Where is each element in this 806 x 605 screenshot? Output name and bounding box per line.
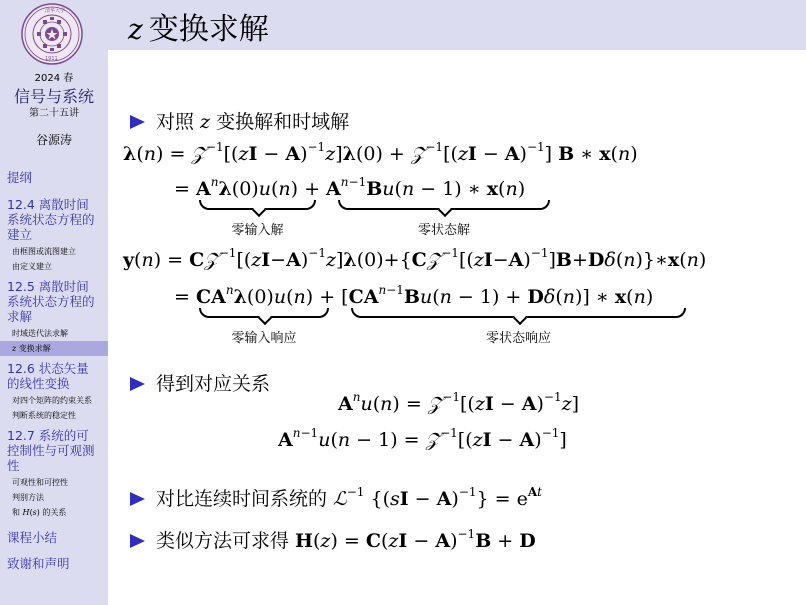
nav-section-12-5[interactable]: 12.5 离散时间系统状态方程的求解 — [0, 279, 104, 324]
bullet-triangle-icon — [130, 115, 145, 129]
slide-header: z变换求解 — [108, 0, 806, 50]
bullet-relation: 得到对应关系 — [130, 369, 270, 396]
slide-content: 对照 z 变换解和时域解 λ(n) = 𝒵−1[(zI − A)−1z]λ(0)… — [108, 50, 806, 605]
equation-lambda-line1: λ(n) = 𝒵−1[(zI − A)−1z]λ(0) + 𝒵−1[(zI − … — [123, 143, 638, 165]
sidebar-nav: 提纲 12.4 离散时间系统状态方程的建立 由框图或流图建立 由定义建立 12.… — [0, 170, 108, 571]
course-year: 2024 春 — [0, 69, 108, 84]
equation-relation-1: Anu(n) = 𝒵−1[(zI − A)−1z] — [338, 393, 579, 415]
nav-section-12-7[interactable]: 12.7 系统的可控制性与可观测性 — [0, 428, 104, 473]
label-zero-state-solution: 零状态解 — [338, 219, 550, 238]
underbrace-zero-state-response — [351, 308, 686, 318]
underbrace-zero-input-solution — [199, 200, 316, 210]
sidebar: 清华大学 1911 2024 春 信号与系统 第二十五讲 谷源涛 提纲 12.4… — [0, 0, 108, 605]
nav-sub-z-var: z — [12, 344, 16, 353]
nav-section-12-4[interactable]: 12.4 离散时间系统状态方程的建立 — [0, 197, 104, 242]
nav-sub-hs-relation[interactable]: 和 H(s) 的关系 — [0, 505, 108, 520]
bullet-transfer-function: 类似方法可求得 H(z) = C(zI − A)−1B + D — [130, 526, 536, 553]
nav-sub-z-transform[interactable]: z 变换求解 — [0, 341, 108, 356]
underbrace-zero-input-response — [199, 308, 329, 318]
bullet-compare: 对照 z 变换解和时域解 — [130, 107, 349, 134]
bullet-relation-text: 得到对应关系 — [156, 373, 270, 395]
nav-sub-time-iteration[interactable]: 时域迭代法求解 — [0, 326, 108, 341]
svg-text:1911: 1911 — [45, 56, 58, 62]
equation-y-line1: y(n) = C𝒵−1[(zI−A)−1z]λ(0)+{C𝒵−1[(zI−A)−… — [123, 249, 706, 271]
author-name: 谷源涛 — [0, 131, 108, 148]
label-zero-input-solution: 零输入解 — [199, 219, 316, 238]
equation-y-line2: = CAnλ(0)u(n) + [CAn−1Bu(n − 1) + Dδ(n)]… — [174, 286, 653, 308]
bullet-continuous-compare: 对比连续时间系统的 ℒ−1 {(sI − A)−1} = eAt — [130, 484, 542, 511]
label-zero-state-response: 零状态响应 — [351, 327, 686, 346]
label-zero-input-response: 零输入响应 — [199, 327, 329, 346]
title-z-var: z — [128, 13, 143, 46]
nav-sub-criteria[interactable]: 判别方法 — [0, 490, 108, 505]
bullet-triangle-icon — [130, 534, 145, 548]
svg-text:清华大学: 清华大学 — [45, 7, 65, 14]
underbrace-zero-state-solution — [338, 200, 550, 210]
university-seal-logo: 清华大学 1911 — [21, 3, 83, 65]
nav-sub-matrix-constraints[interactable]: 对四个矩阵的约束关系 — [0, 393, 108, 408]
nav-summary[interactable]: 课程小结 — [0, 530, 108, 545]
nav-sub-definition[interactable]: 由定义建立 — [0, 259, 108, 274]
nav-acknowledgement[interactable]: 致谢和声明 — [0, 556, 108, 571]
bullet-triangle-icon — [130, 377, 145, 391]
nav-section-12-6[interactable]: 12.6 状态矢量的线性变换 — [0, 361, 104, 391]
nav-sub-stability[interactable]: 判断系统的稳定性 — [0, 408, 108, 423]
equation-lambda-line2: = Anλ(0)u(n) + An−1Bu(n − 1) ∗ x(n) — [174, 178, 525, 200]
nav-outline[interactable]: 提纲 — [0, 170, 108, 185]
lecture-number: 第二十五讲 — [0, 104, 108, 119]
bullet-triangle-icon — [130, 492, 145, 506]
slide-title: z变换求解 — [128, 4, 269, 48]
equation-relation-2: An−1u(n − 1) = 𝒵−1[(zI − A)−1] — [278, 429, 567, 451]
nav-sub-observability[interactable]: 可观性和可控性 — [0, 475, 108, 490]
title-text: 变换求解 — [149, 12, 269, 47]
nav-sub-block-diagram[interactable]: 由框图或流图建立 — [0, 244, 108, 259]
